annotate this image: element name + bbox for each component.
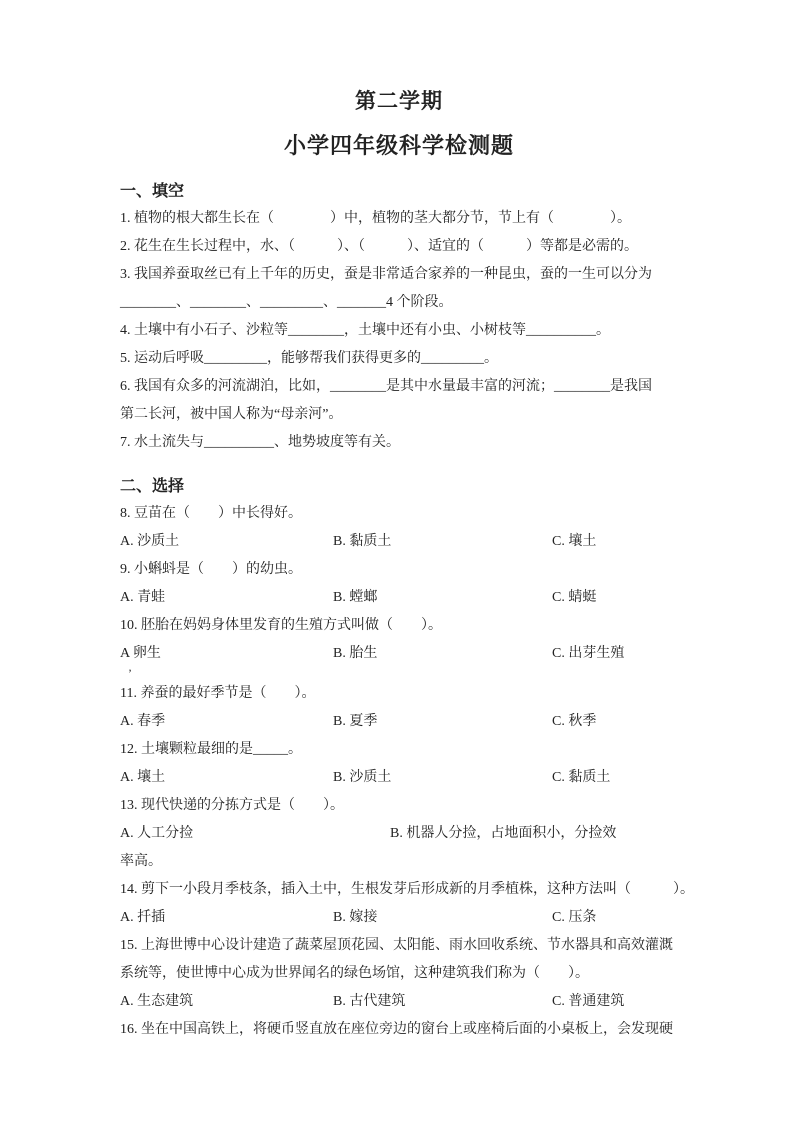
option-a: A. 扦插 — [120, 904, 333, 932]
choice-question-10-stem: 10. 胚胎在妈妈身体里发育的生殖方式叫做（ ）。 — [120, 612, 678, 640]
fill-question-1: 1. 植物的根大都生长在（ ）中，植物的茎大都分节，节上有（ ）。 — [120, 205, 678, 233]
choice-question-14-stem: 14. 剪下一小段月季枝条，插入土中，生根发芽后形成新的月季植株，这种方法叫（ … — [120, 876, 678, 904]
stray-mark: ’ — [120, 668, 678, 680]
fill-question-7: 7. 水土流失与__________、地势坡度等有关。 — [120, 429, 678, 457]
option-a: A. 青蛙 — [120, 584, 333, 612]
option-a: A. 人工分捡 — [120, 820, 390, 848]
option-b: B. 沙质土 — [333, 764, 552, 792]
choice-question-13-option-b-continuation: 率高。 — [120, 848, 678, 876]
choice-question-9-options: A. 青蛙 B. 螳螂 C. 蜻蜓 — [120, 584, 678, 612]
fill-question-6-line1: 6. 我国有众多的河流湖泊，比如，________是其中水量最丰富的河流；___… — [120, 373, 678, 401]
choice-question-13-stem: 13. 现代快递的分拣方式是（ ）。 — [120, 792, 678, 820]
option-c: C. 蜻蜓 — [552, 584, 678, 612]
choice-question-11-stem: 11. 养蚕的最好季节是（ ）。 — [120, 680, 678, 708]
fill-question-6-line2: 第二长河，被中国人称为“母亲河”。 — [120, 401, 678, 429]
option-b: B. 螳螂 — [333, 584, 552, 612]
doc-title-semester: 第二学期 — [120, 86, 678, 116]
option-b: B. 古代建筑 — [333, 988, 552, 1016]
option-c: C. 黏质土 — [552, 764, 678, 792]
choice-question-15-stem-line2: 系统等，使世博中心成为世界闻名的绿色场馆，这种建筑我们称为（ ）。 — [120, 960, 678, 988]
choice-question-14-options: A. 扦插 B. 嫁接 C. 压条 — [120, 904, 678, 932]
option-c: C. 普通建筑 — [552, 988, 678, 1016]
choice-question-8-options: A. 沙质土 B. 黏质土 C. 壤土 — [120, 528, 678, 556]
doc-title-main: 小学四年级科学检测题 — [120, 130, 678, 162]
choice-question-8-stem: 8. 豆苗在（ ）中长得好。 — [120, 500, 678, 528]
choice-question-16-stem: 16. 坐在中国高铁上，将硬币竖直放在座位旁边的窗台上或座椅后面的小桌板上，会发… — [120, 1016, 678, 1044]
option-b: B. 机器人分捡，占地面积小，分捡效 — [390, 820, 678, 848]
option-c: C. 出芽生殖 — [552, 640, 678, 668]
section-heading-fill-blanks: 一、填空 — [120, 178, 678, 205]
choice-question-13-options: A. 人工分捡 B. 机器人分捡，占地面积小，分捡效 — [120, 820, 678, 848]
choice-question-12-options: A. 壤土 B. 沙质土 C. 黏质土 — [120, 764, 678, 792]
choice-question-15-options: A. 生态建筑 B. 古代建筑 C. 普通建筑 — [120, 988, 678, 1016]
option-b: B. 胎生 — [333, 640, 552, 668]
choice-question-15-stem-line1: 15. 上海世博中心设计建造了蔬菜屋顶花园、太阳能、雨水回收系统、节水器具和高效… — [120, 932, 678, 960]
fill-question-3-line1: 3. 我国养蚕取丝已有上千年的历史，蚕是非常适合家养的一种昆虫，蚕的一生可以分为 — [120, 261, 678, 289]
fill-question-5: 5. 运动后呼吸_________，能够帮我们获得更多的_________。 — [120, 345, 678, 373]
option-c: C. 秋季 — [552, 708, 678, 736]
choice-question-11-options: A. 春季 B. 夏季 C. 秋季 — [120, 708, 678, 736]
fill-question-3-line2-blanks: ________、________、_________、_______4 个阶段… — [120, 289, 678, 317]
exam-paper-page: 第二学期 小学四年级科学检测题 一、填空 1. 植物的根大都生长在（ ）中，植物… — [0, 0, 793, 1122]
choice-question-12-stem: 12. 土壤颗粒最细的是_____。 — [120, 736, 678, 764]
option-a: A. 沙质土 — [120, 528, 333, 556]
option-a: A. 壤土 — [120, 764, 333, 792]
fill-question-4: 4. 土壤中有小石子、沙粒等________，土壤中还有小虫、小树枝等_____… — [120, 317, 678, 345]
option-a: A. 春季 — [120, 708, 333, 736]
option-c: C. 壤土 — [552, 528, 678, 556]
fill-question-2: 2. 花生在生长过程中，水、（ ）、（ ）、适宜的（ ）等都是必需的。 — [120, 233, 678, 261]
choice-question-10-options: A 卵生 B. 胎生 C. 出芽生殖 — [120, 640, 678, 668]
option-b: B. 嫁接 — [333, 904, 552, 932]
option-b: B. 黏质土 — [333, 528, 552, 556]
section-heading-multiple-choice: 二、选择 — [120, 473, 678, 500]
option-c: C. 压条 — [552, 904, 678, 932]
option-b: B. 夏季 — [333, 708, 552, 736]
option-a: A 卵生 — [120, 640, 333, 668]
option-a: A. 生态建筑 — [120, 988, 333, 1016]
choice-question-9-stem: 9. 小蝌蚪是（ ）的幼虫。 — [120, 556, 678, 584]
